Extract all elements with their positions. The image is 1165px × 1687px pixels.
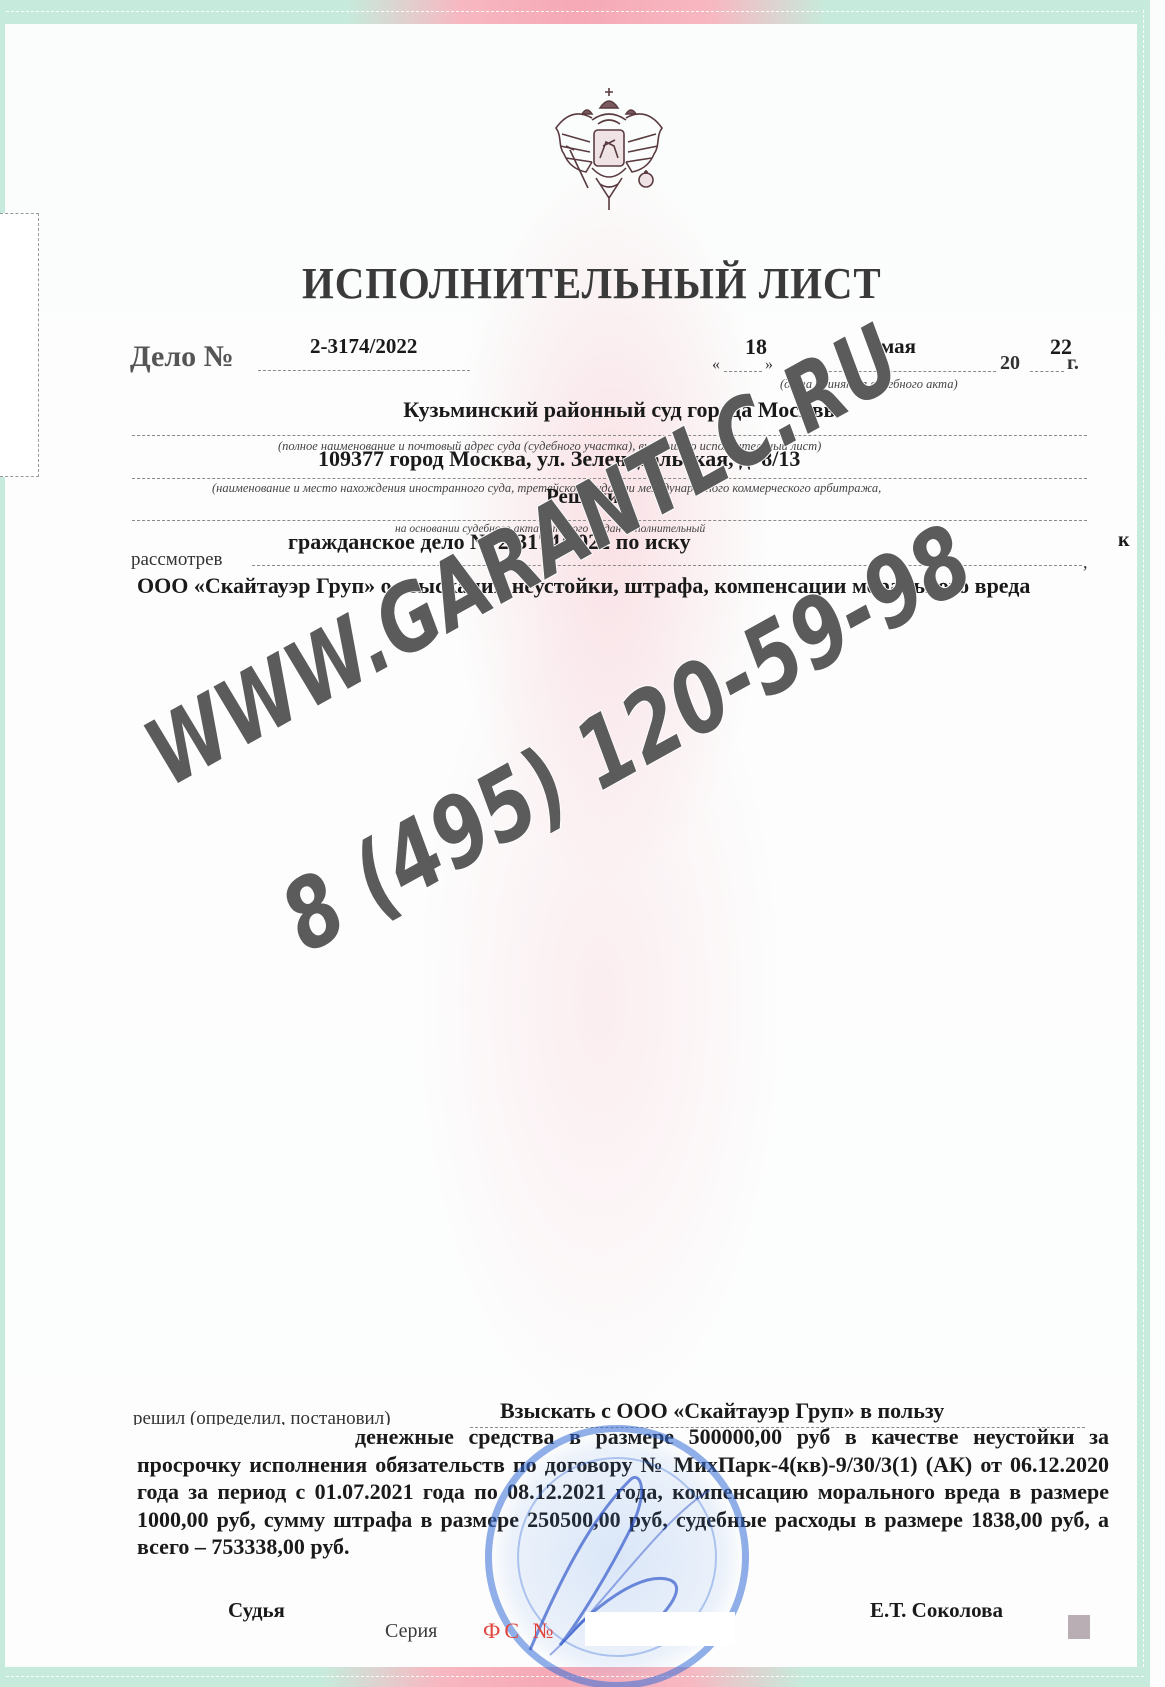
court-underline [132,435,1087,436]
considered-label: рассмотрев [131,549,223,571]
year-suffix: г. [1067,352,1079,375]
case-number-label: Дело № [130,340,234,374]
considered-suffix: к [1118,529,1130,552]
top-guilloche-border [0,0,1150,24]
execution-writ-sheet: ИСПОЛНИТЕЛЬНЫЙ ЛИСТ Дело № 2-3174/2022 «… [0,0,1165,1687]
year-century: 20 [1000,352,1020,375]
paper-edge-patch [0,213,39,477]
redacted-series-number [585,1612,735,1646]
series-value: ФС № [483,1618,558,1644]
case-number-underline [258,370,470,371]
date-day: 18 [745,334,767,360]
russian-coat-of-arms-icon [548,84,670,214]
case-number-value: 2-3174/2022 [310,334,417,359]
judge-name: Е.Т. Соколова [870,1598,1003,1623]
document-title: ИСПОЛНИТЕЛЬНЫЙ ЛИСТ [302,258,882,309]
year-underline [1030,371,1064,372]
date-quote-open: « [712,356,720,374]
right-guilloche-border [1137,0,1150,1687]
series-label: Серия [385,1620,437,1643]
ruling-first-line: Взыскать с ООО «Скайтауэр Груп» в пользу [500,1398,944,1424]
security-mark-square [1068,1615,1090,1639]
judge-label: Судья [228,1598,285,1623]
